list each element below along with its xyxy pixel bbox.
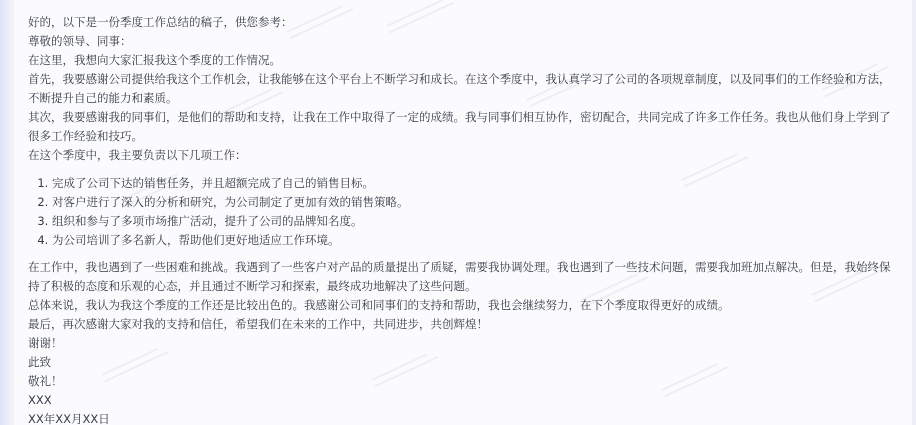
paragraph-closing: 最后，再次感谢大家对我的支持和信任，希望我们在未来的工作中，共同进步，共创辉煌！	[28, 315, 894, 334]
list-item: 为公司培训了多名新人，帮助他们更好地适应工作环境。	[52, 231, 894, 250]
paragraph-challenges: 在工作中，我也遇到了一些困难和挑战。我遇到了一些客户对产品的质量提出了质疑，需要…	[28, 258, 894, 296]
opening-line: 在这里，我想向大家汇报我这个季度的工作情况。	[28, 51, 894, 70]
intro-line: 好的，以下是一份季度工作总结的稿子，供您参考：	[28, 13, 894, 32]
scrollbar-track[interactable]	[912, 0, 916, 425]
list-intro: 在这个季度中，我主要负责以下几项工作：	[28, 146, 894, 165]
chat-panel-left-edge	[0, 0, 14, 425]
sign-off-line-2: 敬礼！	[28, 372, 894, 391]
thanks-line: 谢谢！	[28, 334, 894, 353]
paragraph-first: 首先，我要感谢公司提供给我这个工作机会，让我能够在这个平台上不断学习和成长。在这…	[28, 70, 894, 108]
paragraph-second: 其次，我要感谢我的同事们，是他们的帮助和支持，让我在工作中取得了一定的成绩。我与…	[28, 108, 894, 146]
signature-date: XX年XX月XX日	[28, 410, 894, 425]
message-body: 好的，以下是一份季度工作总结的稿子，供您参考： 尊敬的领导、同事： 在这里，我想…	[28, 13, 894, 425]
list-item: 对客户进行了深入的分析和研究，为公司制定了更加有效的销售策略。	[52, 193, 894, 212]
work-items-list: 完成了公司下达的销售任务，并且超额完成了自己的销售目标。 对客户进行了深入的分析…	[28, 174, 894, 250]
paragraph-summary: 总体来说，我认为我这个季度的工作还是比较出色的。我感谢公司和同事们的支持和帮助，…	[28, 296, 894, 315]
list-item: 完成了公司下达的销售任务，并且超额完成了自己的销售目标。	[52, 174, 894, 193]
sign-off-line-1: 此致	[28, 353, 894, 372]
signature-name: XXX	[28, 391, 894, 410]
list-item: 组织和参与了多项市场推广活动，提升了公司的品牌知名度。	[52, 212, 894, 231]
greeting-line: 尊敬的领导、同事：	[28, 32, 894, 51]
